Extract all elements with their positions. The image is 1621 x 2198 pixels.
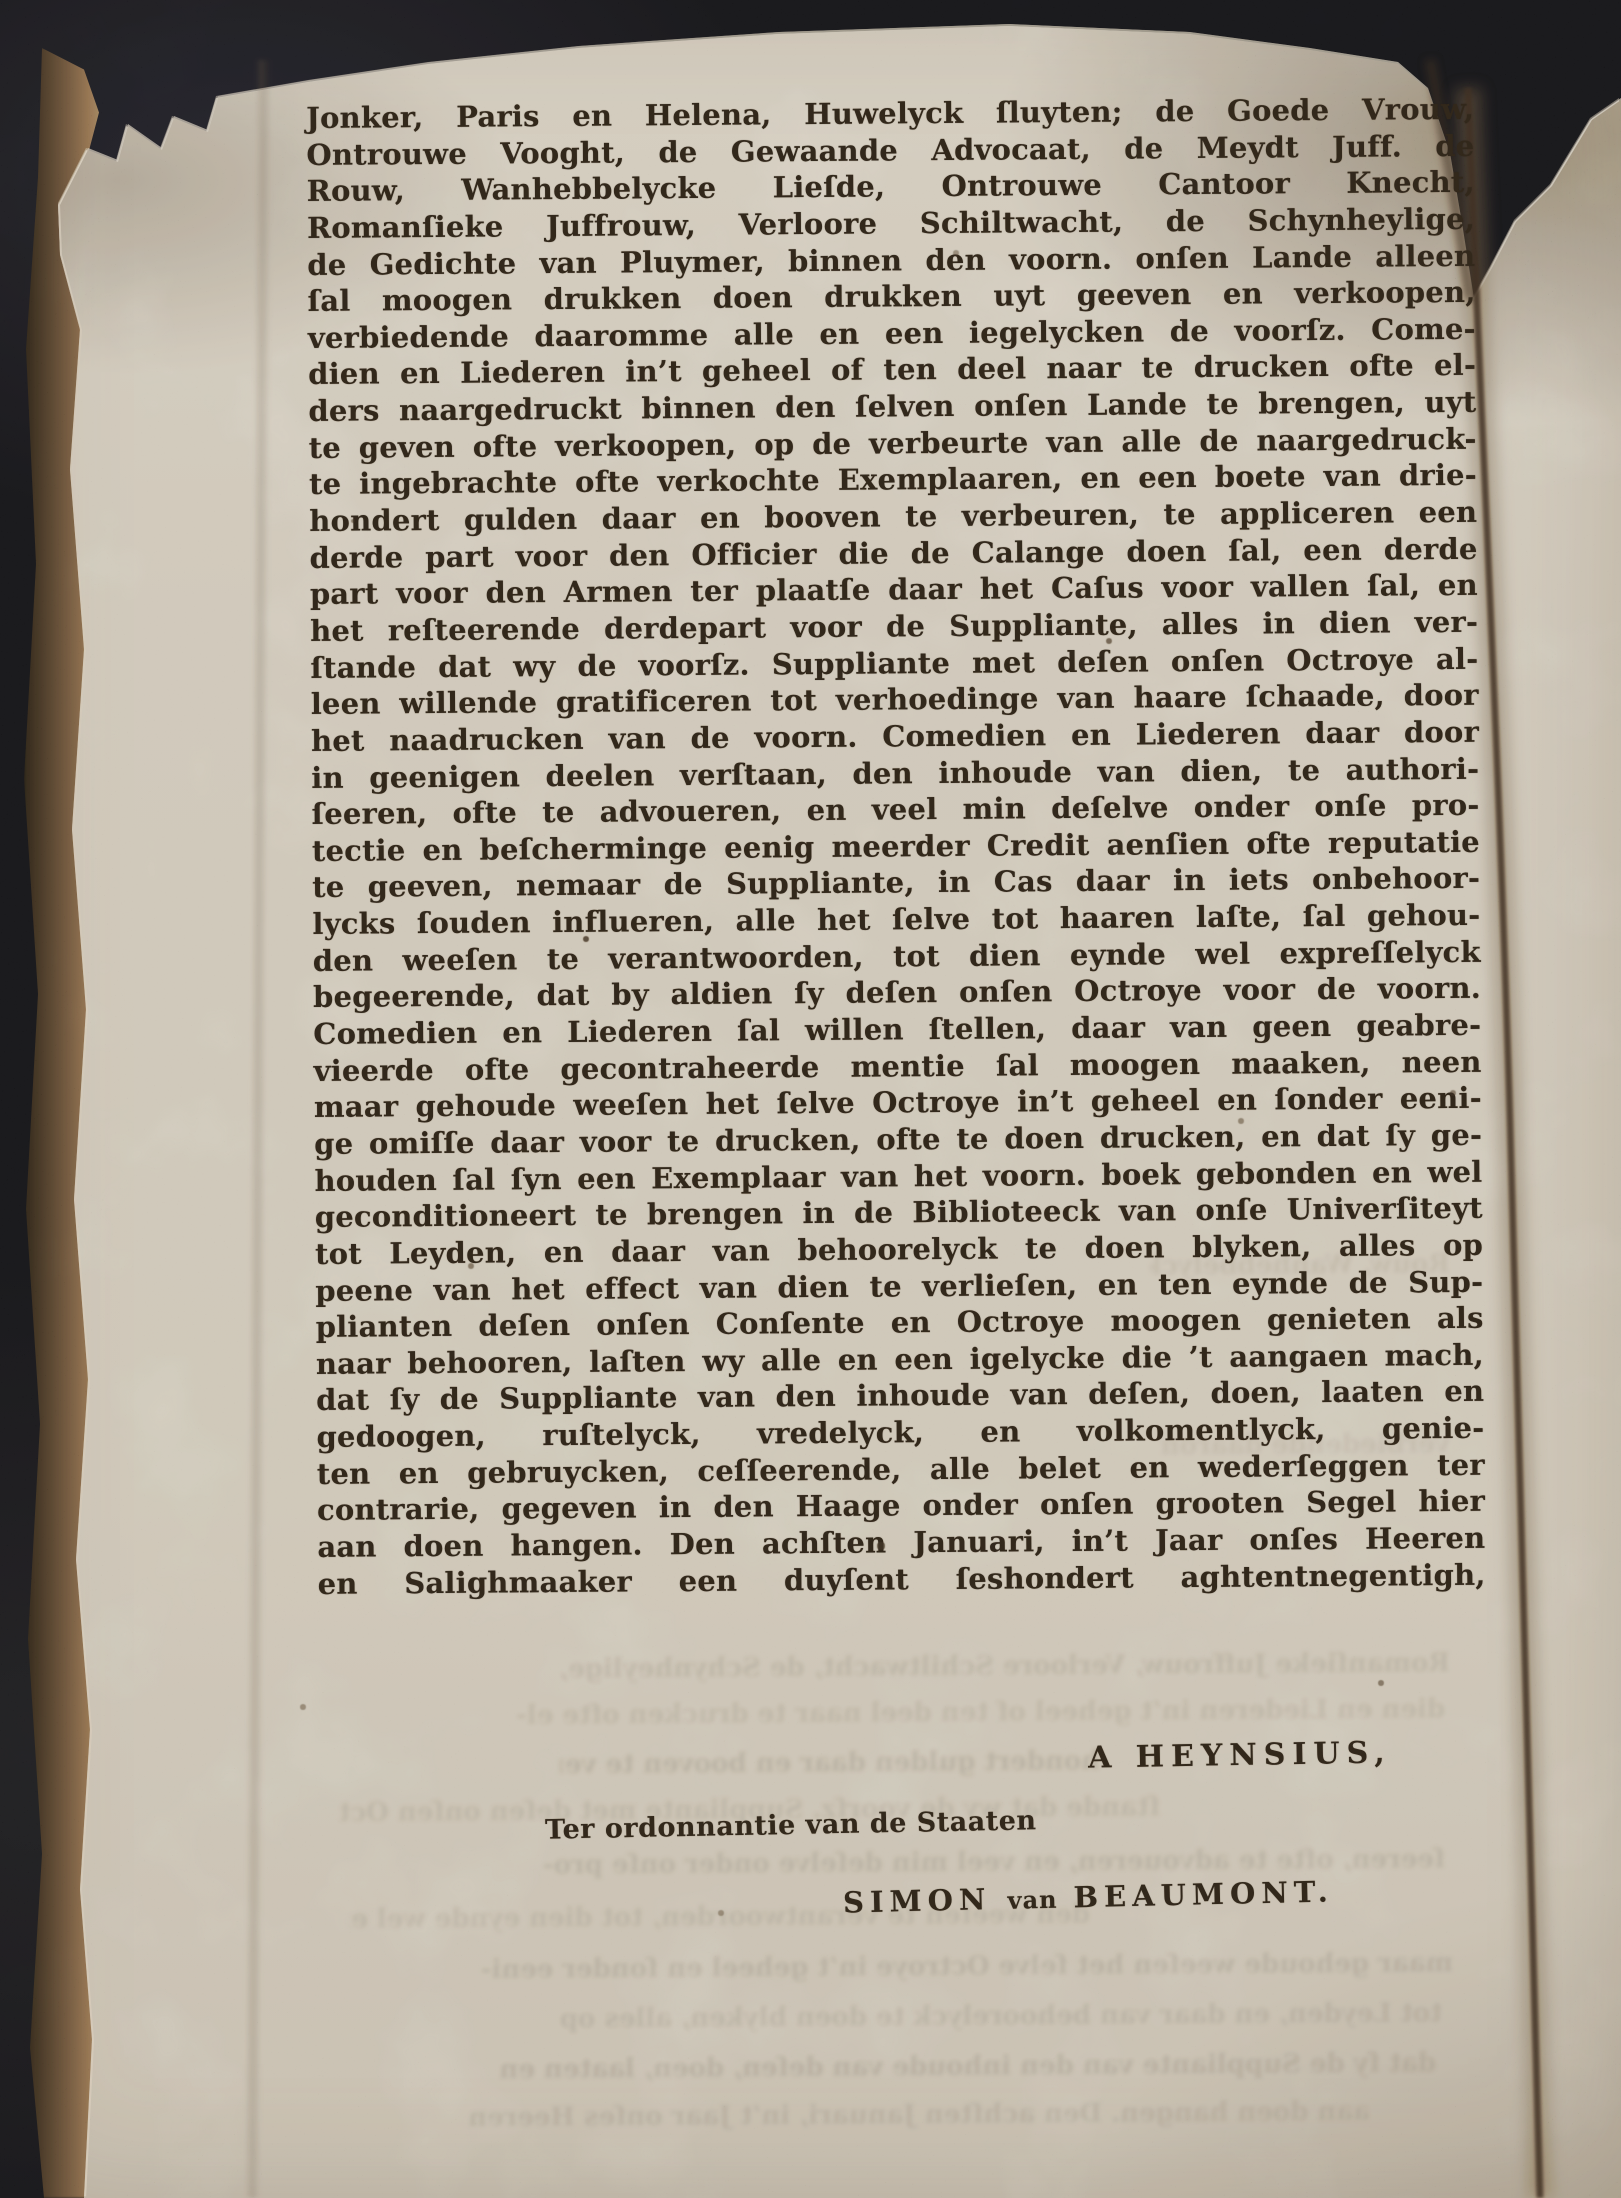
signature-beaumont-particle: van <box>1007 1885 1058 1915</box>
signature-heynsius: A HEYNSIUS, <box>1088 1735 1392 1775</box>
book-photo: Romanſieke Juffrouw, Verloore Schiltwach… <box>0 0 1621 2198</box>
signature-beaumont-first: SIMON <box>843 1882 992 1919</box>
ink-specks <box>0 0 2 2</box>
signature-beaumont-last: BEAUMONT. <box>1073 1874 1334 1914</box>
privilege-text: Jonker, Paris en Helena, Huwelyck ſluyte… <box>306 91 1486 1602</box>
